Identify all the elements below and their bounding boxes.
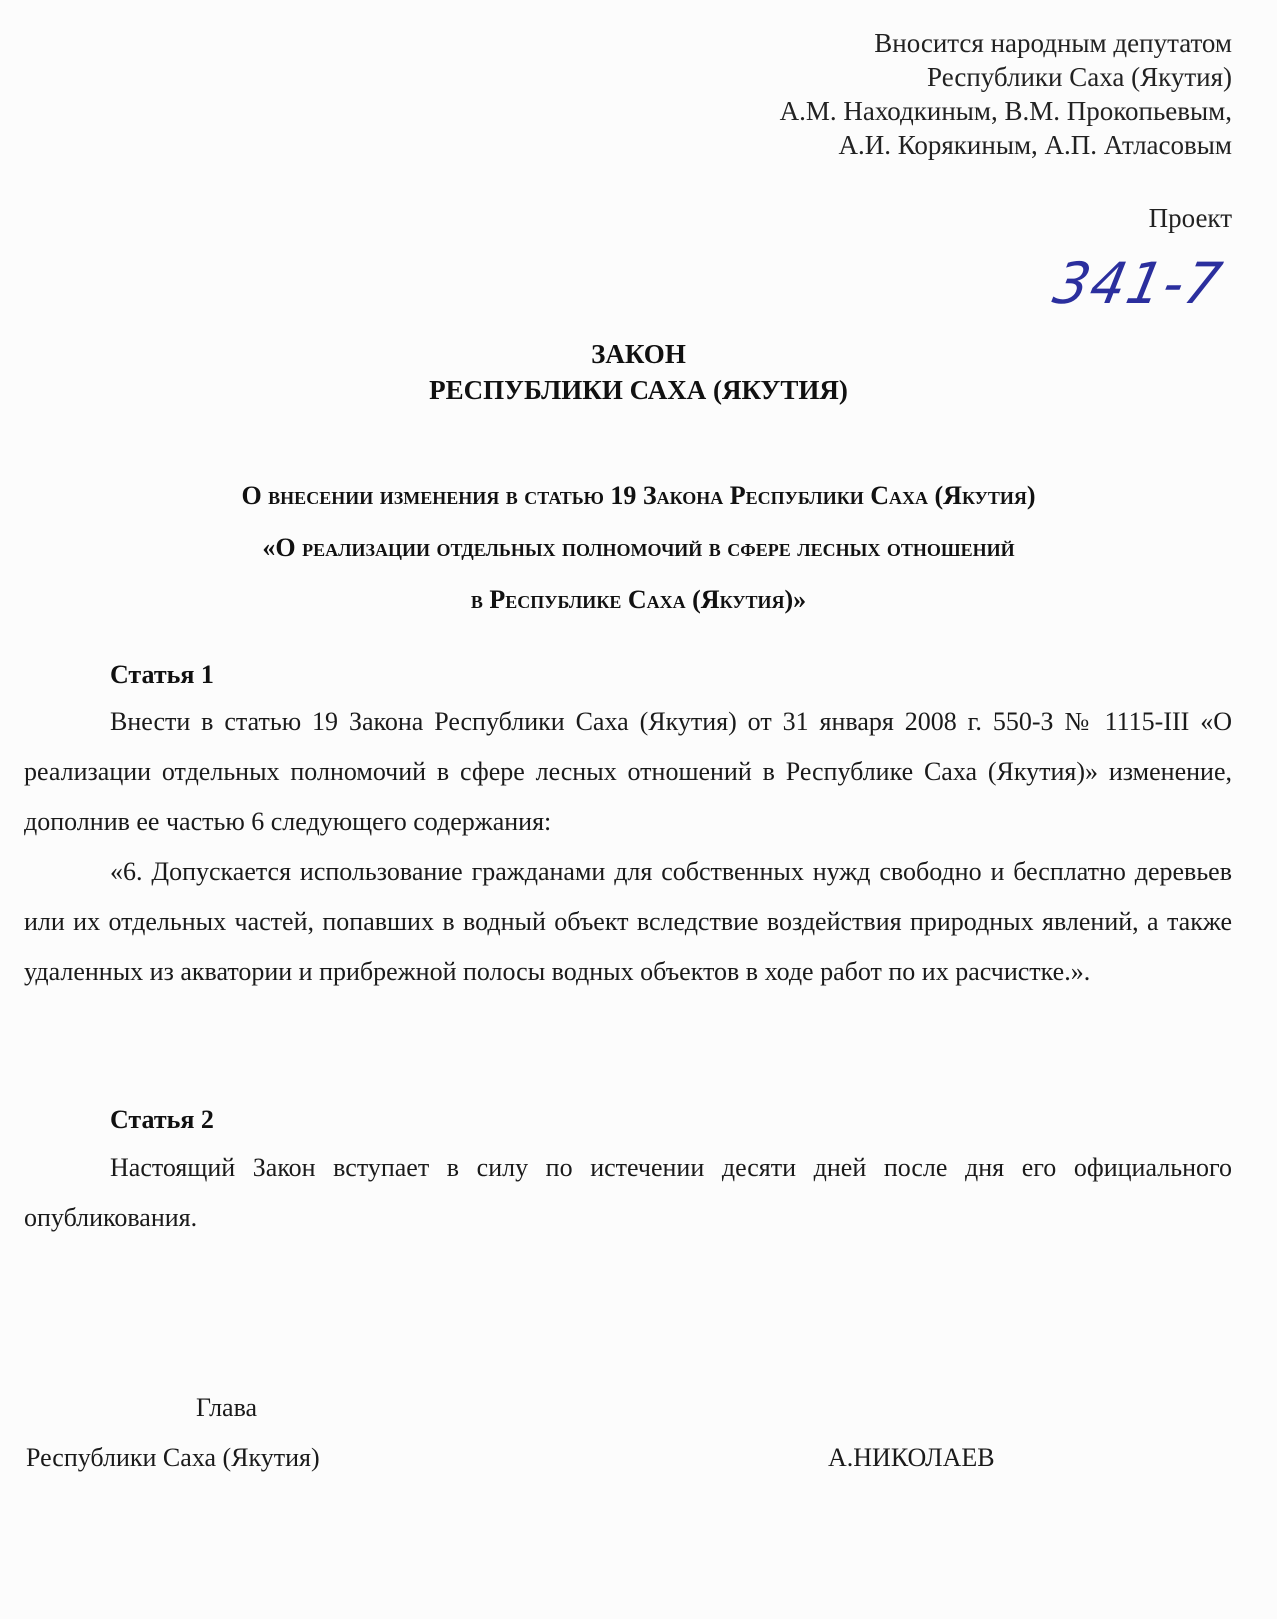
subtitle-line: «О реализации отдельных полномочий в сфе… bbox=[0, 522, 1277, 574]
project-label: Проект bbox=[1149, 203, 1232, 234]
handwritten-registration-number: 341-7 bbox=[1048, 250, 1229, 316]
article-1-paragraph-1: Внести в статью 19 Закона Республики Сах… bbox=[24, 697, 1232, 847]
submitter-line: Вносится народным депутатом bbox=[780, 26, 1232, 60]
article-2-paragraph-1: Настоящий Закон вступает в силу по истеч… bbox=[24, 1143, 1232, 1243]
article-1-paragraph-2: «6. Допускается использование гражданами… bbox=[24, 847, 1232, 997]
submitter-line: Республики Саха (Якутия) bbox=[780, 60, 1232, 94]
law-title-line: ЗАКОН bbox=[0, 336, 1277, 372]
signature-name: А.НИКОЛАЕВ bbox=[828, 1443, 995, 1473]
subtitle-line: в Республике Саха (Якутия)» bbox=[0, 574, 1277, 626]
law-subtitle: О внесении изменения в статью 19 Закона … bbox=[0, 470, 1277, 626]
signature-title: Глава bbox=[196, 1393, 257, 1423]
article-1-heading: Статья 1 bbox=[110, 660, 214, 690]
submitter-line: А.И. Корякиным, А.П. Атласовым bbox=[780, 128, 1232, 162]
law-title: ЗАКОН РЕСПУБЛИКИ САХА (ЯКУТИЯ) bbox=[0, 336, 1277, 408]
submitter-line: А.М. Находкиным, В.М. Прокопьевым, bbox=[780, 94, 1232, 128]
article-2-heading: Статья 2 bbox=[110, 1105, 214, 1135]
law-title-line: РЕСПУБЛИКИ САХА (ЯКУТИЯ) bbox=[0, 372, 1277, 408]
signature-organization: Республики Саха (Якутия) bbox=[26, 1443, 320, 1473]
submitter-block: Вносится народным депутатом Республики С… bbox=[780, 26, 1232, 162]
subtitle-line: О внесении изменения в статью 19 Закона … bbox=[0, 470, 1277, 522]
